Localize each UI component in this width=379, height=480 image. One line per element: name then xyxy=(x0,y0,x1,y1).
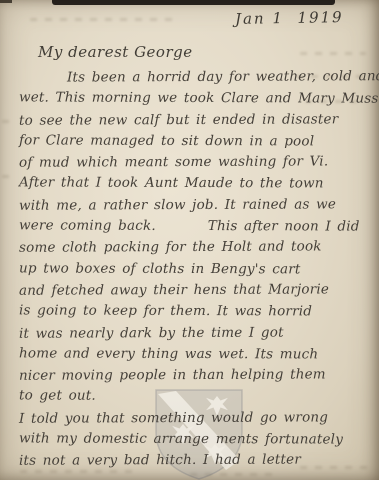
letter-line: to see the new calf but it ended in disa… xyxy=(19,109,371,132)
letter-line: its not a very bad hitch. I had a letter xyxy=(19,450,371,473)
letter-line: of mud which meant some washing for Vi. xyxy=(19,151,371,174)
letter-line: Its been a horrid day for weather, cold … xyxy=(19,66,371,89)
letter-line: nicer moving people in than helping them xyxy=(19,364,371,387)
letter-line: and fetched away their hens that Marjori… xyxy=(19,279,371,302)
letter-salutation: My dearest George xyxy=(38,43,193,61)
letter-line: with me, a rather slow job. It rained as… xyxy=(19,194,371,217)
letter-line: up two boxes of cloths in Bengy's cart xyxy=(19,258,371,281)
letter-line: I told you that something would go wrong xyxy=(19,407,371,430)
ink-bleed-mark xyxy=(190,473,280,476)
letter-line: wet. This morning we took Clare and Mary… xyxy=(19,88,371,111)
letter-photo: Jan 1 1919 My dearest George Its been a … xyxy=(0,0,379,480)
page-top-edge-shadow xyxy=(52,0,335,5)
letter-line: were coming back. This after noon I did xyxy=(19,215,371,238)
ink-bleed-mark xyxy=(2,120,16,123)
letter-line: After that I took Aunt Maude to the town xyxy=(19,173,371,196)
letter-line: home and every thing was wet. Its much xyxy=(19,343,371,366)
page-corner-shadow xyxy=(0,0,12,3)
ink-bleed-mark xyxy=(300,52,366,55)
letter-line: to get out. xyxy=(19,386,371,409)
letter-line: with my domestic arrange ments fortunate… xyxy=(19,428,371,451)
letter-line: it was nearly dark by the time I got xyxy=(19,322,371,345)
letter-date: Jan 1 1919 xyxy=(235,8,344,28)
ink-bleed-mark xyxy=(2,175,14,178)
letter-line: is going to keep for them. It was horrid xyxy=(19,301,371,324)
ink-bleed-mark xyxy=(30,18,180,21)
letter-line: some cloth packing for the Holt and took xyxy=(19,237,371,260)
letter-line: for Clare managed to sit down in a pool xyxy=(19,130,371,153)
letter-body: Its been a horrid day for weather, cold … xyxy=(19,67,371,472)
